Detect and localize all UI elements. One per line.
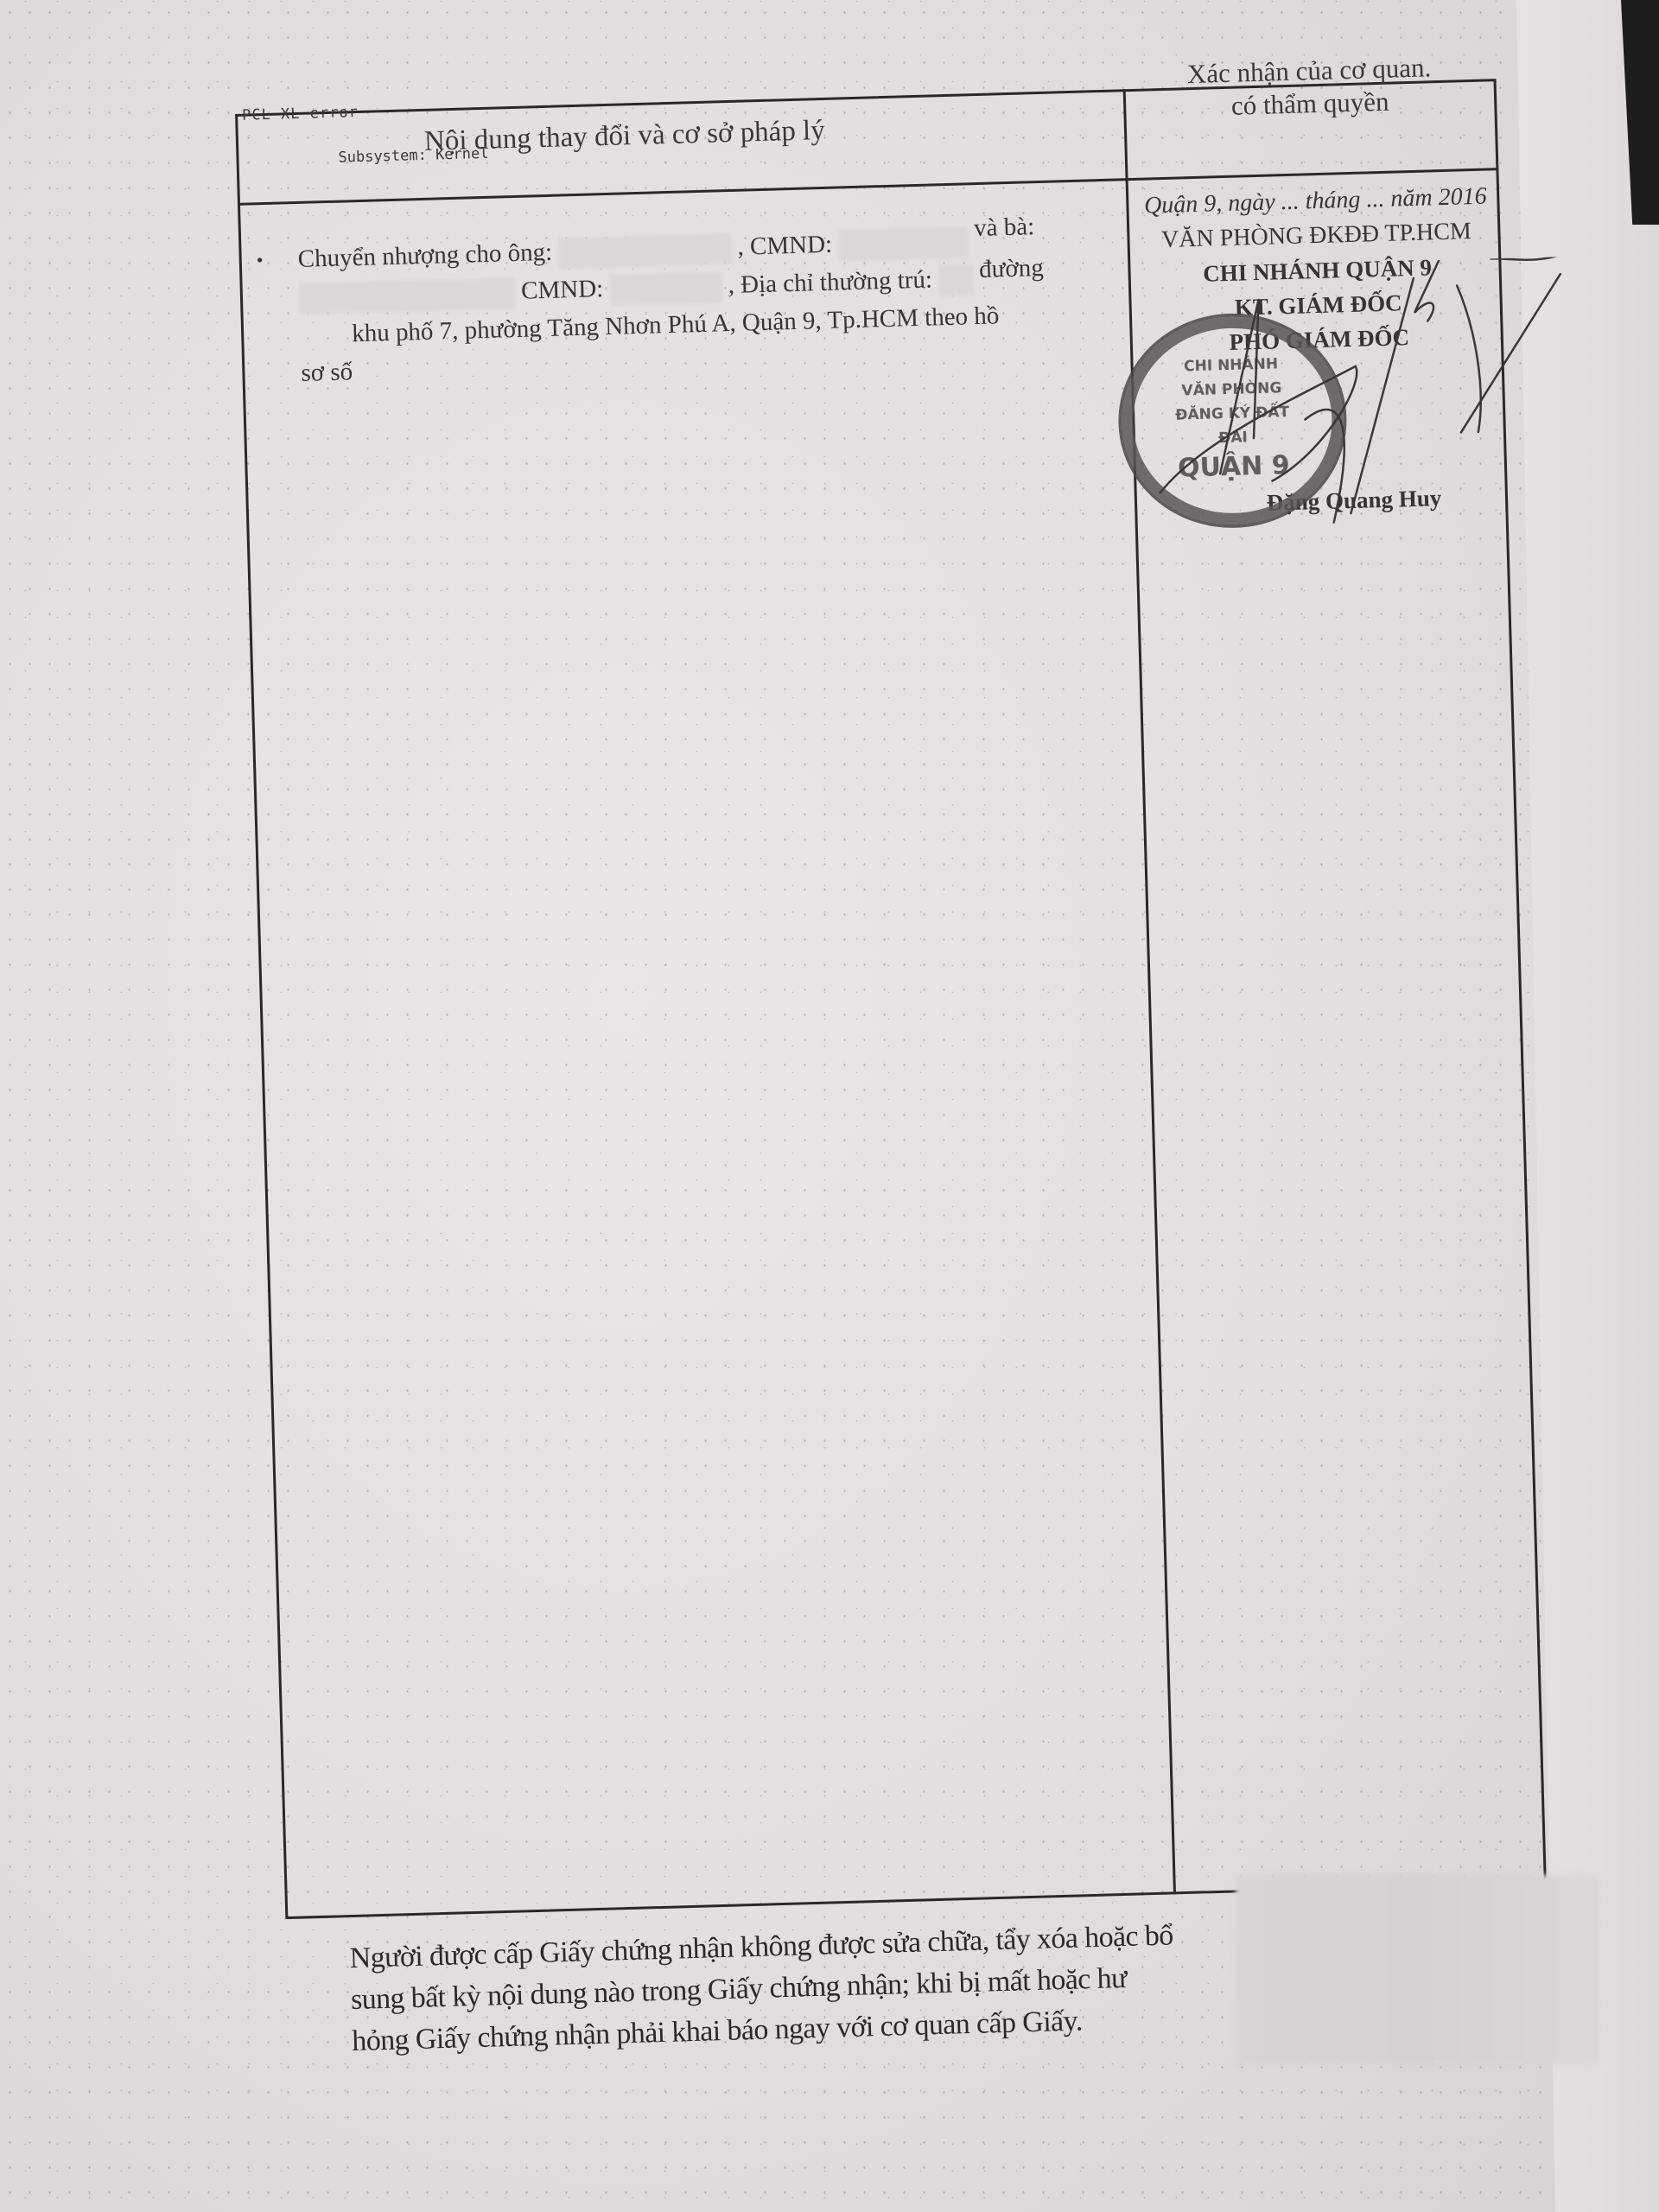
printer-error-text: PCL XL error: [242, 104, 359, 124]
redacted-id-2: [609, 272, 722, 307]
address-label: , Địa chỉ thường trú:: [728, 265, 932, 299]
legal-notice: Người được cấp Giấy chứng nhận không đượ…: [349, 1913, 1260, 2063]
blurred-region: [1236, 1875, 1599, 2065]
cmnd-label: , CMND:: [737, 231, 832, 261]
cmnd-label-2: CMND:: [521, 275, 604, 305]
and-mrs-label: và bà:: [974, 213, 1035, 242]
redacted-address: [938, 265, 974, 297]
redacted-id: [838, 227, 969, 262]
redacted-name-2: [299, 277, 516, 315]
transfer-to-label: Chuyển nhượng cho ông:: [297, 238, 552, 273]
signature-icon: [1128, 257, 1585, 545]
transfer-entry: • Chuyển nhượng cho ông: , CMND: và bà: …: [297, 218, 1105, 392]
street-label: đường: [979, 254, 1044, 283]
column-header-authority: Xác nhận của cơ quan. có thẩm quyền: [1122, 49, 1497, 125]
bullet-icon: •: [256, 241, 264, 279]
redacted-name: [558, 233, 732, 270]
